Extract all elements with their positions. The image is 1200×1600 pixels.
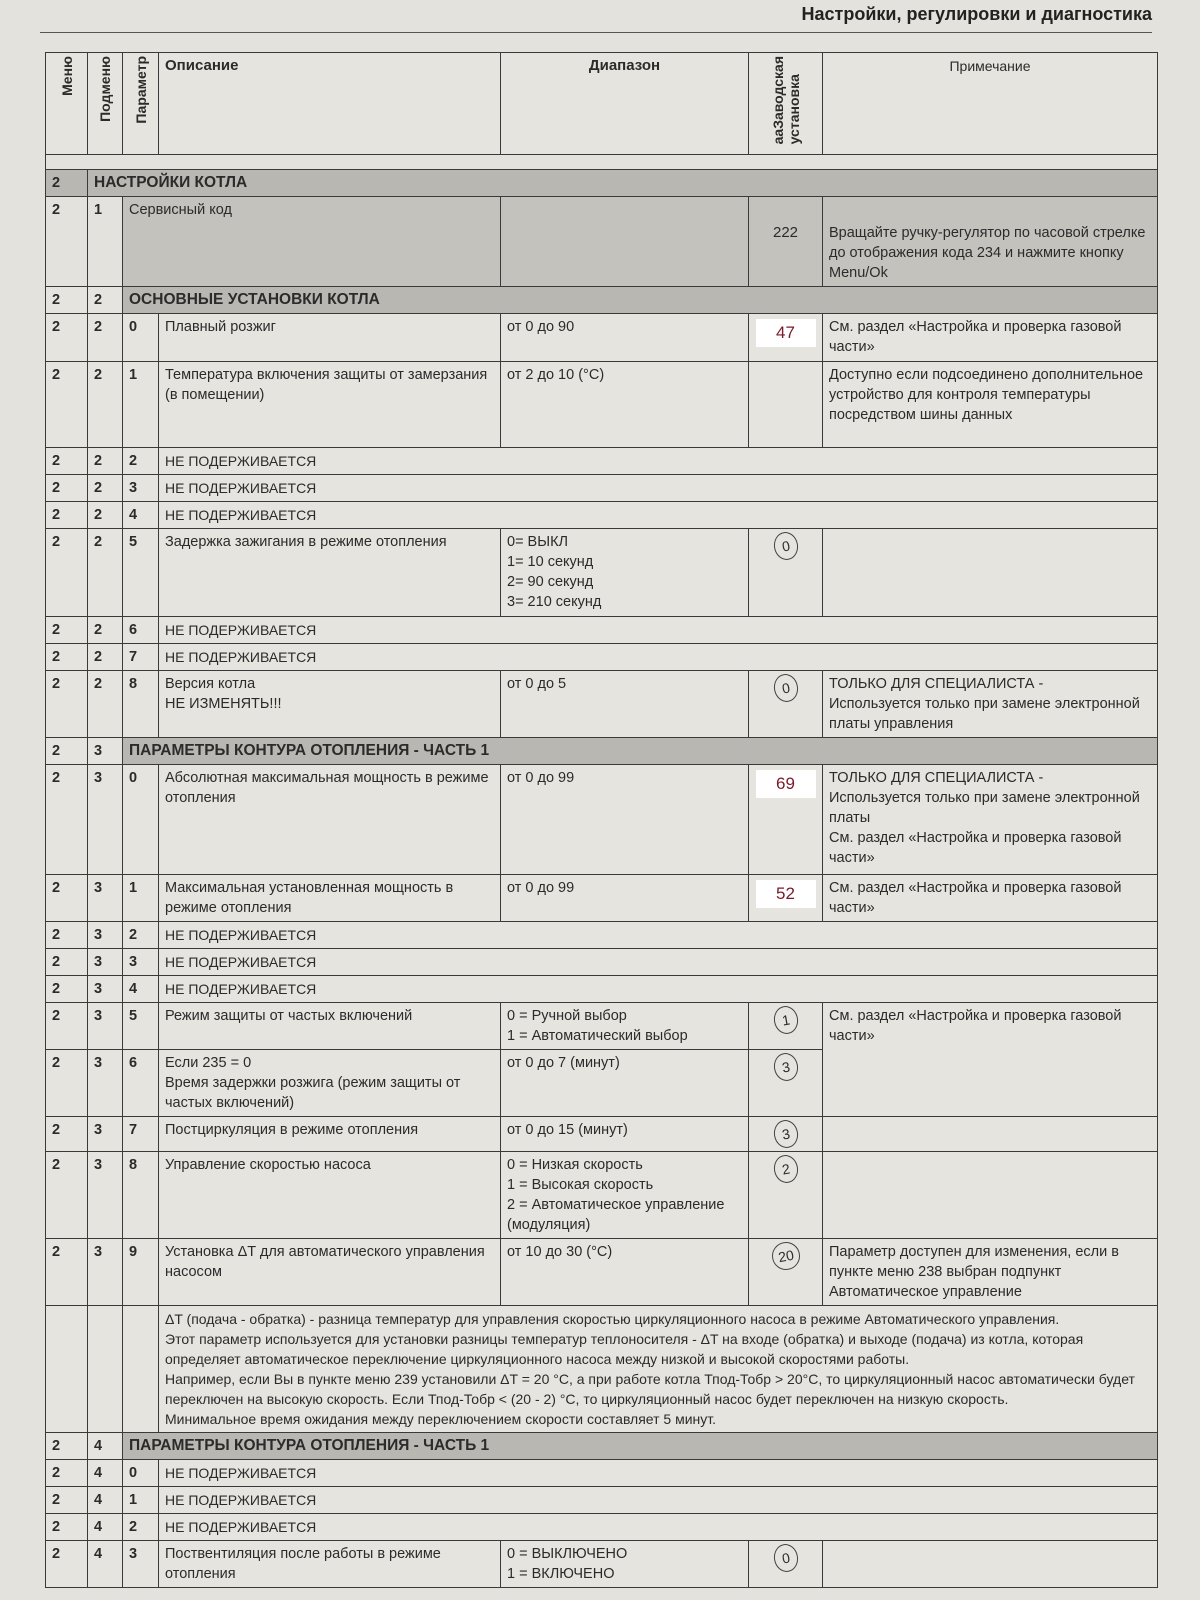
submenu-cell: 2: [88, 671, 123, 738]
submenu-cell: 2: [88, 362, 123, 448]
menu-cell: 2: [46, 475, 88, 502]
menu-cell: 2: [46, 448, 88, 475]
title-divider: [40, 32, 1152, 33]
description-cell: НЕ ПОДЕРЖИВАЕТСЯ: [159, 949, 1158, 976]
param-cell: 1: [123, 362, 159, 448]
submenu-cell: 3: [88, 1117, 123, 1152]
note-cell: [823, 1117, 1158, 1152]
menu-cell: 2: [46, 529, 88, 617]
range-cell: 0 = ВЫКЛЮЧЕНО 1 = ВКЛЮЧЕНО: [501, 1541, 749, 1588]
menu-cell: 2: [46, 314, 88, 362]
note-cell: Параметр доступен для изменения, если в …: [823, 1239, 1158, 1306]
range-cell: от 0 до 7 (минут): [501, 1050, 749, 1117]
menu-cell: 2: [46, 671, 88, 738]
range-cell: 0 = Низкая скорость 1 = Высокая скорость…: [501, 1152, 749, 1239]
submenu-cell: 3: [88, 765, 123, 875]
table-row: 241НЕ ПОДЕРЖИВАЕТСЯ: [46, 1487, 1158, 1514]
note-cell: [823, 1152, 1158, 1239]
section-row: 2 4 ПАРАМЕТРЫ КОНТУРА ОТОПЛЕНИЯ - ЧАСТЬ …: [46, 1433, 1158, 1460]
description-cell: Установка ΔT для автоматического управле…: [159, 1239, 501, 1306]
submenu-cell: 3: [88, 875, 123, 922]
note-cell: См. раздел «Настройка и проверка газовой…: [823, 1003, 1158, 1117]
submenu-cell: 3: [88, 1003, 123, 1050]
page-title: Настройки, регулировки и диагностика: [802, 4, 1152, 25]
note-cell: Вращайте ручку-регулятор по часовой стре…: [823, 197, 1158, 287]
description-cell: Сервисный код: [123, 197, 501, 287]
table-row: 225Задержка зажигания в режиме отопления…: [46, 529, 1158, 617]
param-cell: 2: [123, 1514, 159, 1541]
param-cell: 6: [123, 617, 159, 644]
table-row: 224НЕ ПОДЕРЖИВАЕТСЯ: [46, 502, 1158, 529]
menu-cell: 2: [46, 1117, 88, 1152]
param-cell: 3: [123, 949, 159, 976]
table-row: 240НЕ ПОДЕРЖИВАЕТСЯ: [46, 1460, 1158, 1487]
factory-cell: 47: [749, 314, 823, 362]
param-cell: 7: [123, 644, 159, 671]
param-cell: 1: [123, 875, 159, 922]
description-cell: Задержка зажигания в режиме отопления: [159, 529, 501, 617]
note-cell: [823, 1541, 1158, 1588]
table-row: 220Плавный розжигот 0 до 9047См. раздел …: [46, 314, 1158, 362]
param-cell: 8: [123, 1152, 159, 1239]
table-row: 238Управление скоростью насоса0 = Низкая…: [46, 1152, 1158, 1239]
description-cell: Режим защиты от частых включений: [159, 1003, 501, 1050]
menu-cell: 2: [46, 1487, 88, 1514]
note-cell: ТОЛЬКО ДЛЯ СПЕЦИАЛИСТА - Используется то…: [823, 765, 1158, 875]
submenu-cell: 3: [88, 922, 123, 949]
factory-cell: 52: [749, 875, 823, 922]
param-cell: 1: [123, 1487, 159, 1514]
menu-cell: 2: [46, 949, 88, 976]
param-cell: 2: [123, 448, 159, 475]
description-cell: НЕ ПОДЕРЖИВАЕТСЯ: [159, 1460, 1158, 1487]
range-cell: 0 = Ручной выбор 1 = Автоматический выбо…: [501, 1003, 749, 1050]
param-cell: 5: [123, 529, 159, 617]
description-cell: Управление скоростью насоса: [159, 1152, 501, 1239]
explanation-row: ΔT (подача - обратка) - разница температ…: [46, 1306, 1158, 1433]
menu-cell: 2: [46, 1152, 88, 1239]
description-cell: НЕ ПОДЕРЖИВАЕТСЯ: [159, 644, 1158, 671]
range-cell: от 0 до 15 (минут): [501, 1117, 749, 1152]
submenu-cell: 4: [88, 1514, 123, 1541]
factory-cell: 20: [749, 1239, 823, 1306]
submenu-cell: 4: [88, 1541, 123, 1588]
param-cell: 8: [123, 671, 159, 738]
table-row: 223НЕ ПОДЕРЖИВАЕТСЯ: [46, 475, 1158, 502]
param-cell: 4: [123, 502, 159, 529]
factory-cell: 3: [749, 1050, 823, 1117]
param-cell: 6: [123, 1050, 159, 1117]
factory-value: 52: [756, 880, 816, 908]
factory-cell: 0: [749, 529, 823, 617]
param-cell: 0: [123, 765, 159, 875]
submenu-cell: 3: [88, 1152, 123, 1239]
menu-cell: 2: [46, 1050, 88, 1117]
factory-value: 1: [771, 1004, 799, 1036]
description-cell: Плавный розжиг: [159, 314, 501, 362]
table-row: 237Постциркуляция в режиме отопленияот 0…: [46, 1117, 1158, 1152]
submenu-cell: 3: [88, 976, 123, 1003]
description-cell: Версия котла НЕ ИЗМЕНЯТЬ!!!: [159, 671, 501, 738]
factory-value: 0: [771, 530, 799, 562]
menu-cell: 2: [46, 922, 88, 949]
description-cell: Поствентиляция после работы в режиме ото…: [159, 1541, 501, 1588]
menu-cell: 2: [46, 1003, 88, 1050]
range-cell: от 10 до 30 (°C): [501, 1239, 749, 1306]
description-cell: Постциркуляция в режиме отопления: [159, 1117, 501, 1152]
param-cell: 7: [123, 1117, 159, 1152]
range-cell: от 0 до 99: [501, 765, 749, 875]
table-row: 227НЕ ПОДЕРЖИВАЕТСЯ: [46, 644, 1158, 671]
table-row: 230Абсолютная максимальная мощность в ре…: [46, 765, 1158, 875]
param-cell: 3: [123, 1541, 159, 1588]
table-row: 239Установка ΔT для автоматического упра…: [46, 1239, 1158, 1306]
col-header-factory: аaЗаводская установка: [749, 53, 823, 155]
menu-cell: 2: [46, 617, 88, 644]
factory-value: 0: [771, 672, 799, 704]
description-cell: НЕ ПОДЕРЖИВАЕТСЯ: [159, 1487, 1158, 1514]
submenu-cell: 2: [88, 314, 123, 362]
submenu-cell: 3: [88, 1050, 123, 1117]
description-cell: Максимальная установленная мощность в ре…: [159, 875, 501, 922]
submenu-cell: 2: [88, 529, 123, 617]
menu-cell: 2: [46, 1239, 88, 1306]
menu-cell: 2: [46, 765, 88, 875]
range-cell: от 0 до 90: [501, 314, 749, 362]
description-cell: Температура включения защиты от замерзан…: [159, 362, 501, 448]
range-cell: от 0 до 5: [501, 671, 749, 738]
param-cell: 2: [123, 922, 159, 949]
submenu-cell: 2: [88, 617, 123, 644]
factory-value: 69: [756, 770, 816, 798]
explanation-239: ΔT (подача - обратка) - разница температ…: [159, 1306, 1158, 1433]
description-cell: НЕ ПОДЕРЖИВАЕТСЯ: [159, 1514, 1158, 1541]
table-row: 226НЕ ПОДЕРЖИВАЕТСЯ: [46, 617, 1158, 644]
description-cell: Абсолютная максимальная мощность в режим…: [159, 765, 501, 875]
col-header-submenu: Подменю: [88, 53, 123, 155]
factory-cell: 2: [749, 1152, 823, 1239]
description-cell: НЕ ПОДЕРЖИВАЕТСЯ: [159, 475, 1158, 502]
factory-cell: 3: [749, 1117, 823, 1152]
menu-cell: 2: [46, 1460, 88, 1487]
range-cell: от 0 до 99: [501, 875, 749, 922]
factory-value: 3: [771, 1118, 799, 1150]
table-row: 243Поствентиляция после работы в режиме …: [46, 1541, 1158, 1588]
submenu-cell: 2: [88, 644, 123, 671]
table-row: 221Температура включения защиты от замер…: [46, 362, 1158, 448]
param-cell: 3: [123, 475, 159, 502]
submenu-cell: 4: [88, 1487, 123, 1514]
menu-cell: 2: [46, 362, 88, 448]
col-header-menu: Меню: [46, 53, 88, 155]
description-cell: Если 235 = 0 Время задержки розжига (реж…: [159, 1050, 501, 1117]
factory-value: 47: [756, 319, 816, 347]
section-title: ПАРАМЕТРЫ КОНТУРА ОТОПЛЕНИЯ - ЧАСТЬ 1: [123, 1433, 1158, 1460]
table-row: 233НЕ ПОДЕРЖИВАЕТСЯ: [46, 949, 1158, 976]
menu-cell: 2: [46, 1541, 88, 1588]
table-row: 222НЕ ПОДЕРЖИВАЕТСЯ: [46, 448, 1158, 475]
menu-cell: 2: [46, 1514, 88, 1541]
param-cell: 9: [123, 1239, 159, 1306]
note-cell: См. раздел «Настройка и проверка газовой…: [823, 875, 1158, 922]
note-cell: Доступно если подсоединено дополнительно…: [823, 362, 1158, 448]
note-cell: См. раздел «Настройка и проверка газовой…: [823, 314, 1158, 362]
section-title: ОСНОВНЫЕ УСТАНОВКИ КОТЛА: [123, 287, 1158, 314]
col-header-note: Примечание: [823, 53, 1158, 155]
factory-value: 3: [771, 1051, 799, 1083]
note-cell: ТОЛЬКО ДЛЯ СПЕЦИАЛИСТА - Используется то…: [823, 671, 1158, 738]
factory-value: 2: [771, 1153, 799, 1185]
table-row: 2 1 Сервисный код 222 Вращайте ручку-рег…: [46, 197, 1158, 287]
col-header-range: Диапазон: [501, 53, 749, 155]
submenu-cell: 3: [88, 1239, 123, 1306]
section-title: НАСТРОЙКИ КОТЛА: [88, 170, 1158, 197]
range-cell: 0= ВЫКЛ 1= 10 секунд 2= 90 секунд 3= 210…: [501, 529, 749, 617]
section-row: 2 3 ПАРАМЕТРЫ КОНТУРА ОТОПЛЕНИЯ - ЧАСТЬ …: [46, 738, 1158, 765]
menu-cell: 2: [46, 875, 88, 922]
table-row: 228Версия котла НЕ ИЗМЕНЯТЬ!!!от 0 до 50…: [46, 671, 1158, 738]
submenu-cell: 3: [88, 949, 123, 976]
submenu-cell: 2: [88, 502, 123, 529]
table-row: 242НЕ ПОДЕРЖИВАЕТСЯ: [46, 1514, 1158, 1541]
description-cell: НЕ ПОДЕРЖИВАЕТСЯ: [159, 976, 1158, 1003]
factory-value: 222: [749, 197, 823, 287]
section-title: ПАРАМЕТРЫ КОНТУРА ОТОПЛЕНИЯ - ЧАСТЬ 1: [123, 738, 1158, 765]
factory-value: 20: [769, 1240, 801, 1272]
description-cell: НЕ ПОДЕРЖИВАЕТСЯ: [159, 502, 1158, 529]
table-row: 234НЕ ПОДЕРЖИВАЕТСЯ: [46, 976, 1158, 1003]
param-cell: 4: [123, 976, 159, 1003]
factory-cell: 69: [749, 765, 823, 875]
table-row: 235Режим защиты от частых включений0 = Р…: [46, 1003, 1158, 1050]
description-cell: НЕ ПОДЕРЖИВАЕТСЯ: [159, 922, 1158, 949]
menu-cell: 2: [46, 502, 88, 529]
menu-cell: 2: [46, 644, 88, 671]
col-header-param: Параметр: [123, 53, 159, 155]
note-cell: [823, 529, 1158, 617]
description-cell: НЕ ПОДЕРЖИВАЕТСЯ: [159, 448, 1158, 475]
submenu-cell: 2: [88, 448, 123, 475]
factory-cell: [749, 362, 823, 448]
submenu-cell: 4: [88, 1460, 123, 1487]
factory-cell: 0: [749, 1541, 823, 1588]
factory-cell: 1: [749, 1003, 823, 1050]
col-header-description: Описание: [159, 53, 501, 155]
param-cell: 0: [123, 314, 159, 362]
section-row: 2 2 ОСНОВНЫЕ УСТАНОВКИ КОТЛА: [46, 287, 1158, 314]
table-row: 231Максимальная установленная мощность в…: [46, 875, 1158, 922]
description-cell: НЕ ПОДЕРЖИВАЕТСЯ: [159, 617, 1158, 644]
param-cell: 0: [123, 1460, 159, 1487]
factory-value: 0: [771, 1542, 799, 1574]
range-cell: от 2 до 10 (°C): [501, 362, 749, 448]
section-row: 2 НАСТРОЙКИ КОТЛА: [46, 170, 1158, 197]
submenu-cell: 2: [88, 475, 123, 502]
menu-cell: 2: [46, 976, 88, 1003]
table-header-row: Меню Подменю Параметр Описание Диапазон …: [46, 53, 1158, 155]
parameters-table: Меню Подменю Параметр Описание Диапазон …: [45, 52, 1158, 1588]
table-row: 232НЕ ПОДЕРЖИВАЕТСЯ: [46, 922, 1158, 949]
param-cell: 5: [123, 1003, 159, 1050]
factory-cell: 0: [749, 671, 823, 738]
